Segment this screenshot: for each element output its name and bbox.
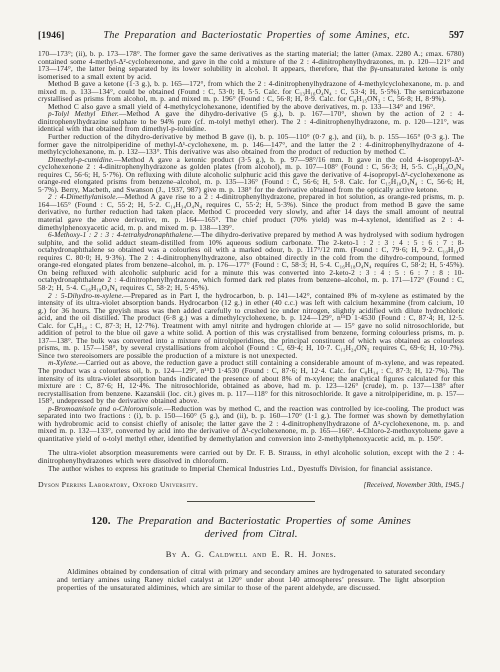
- article-byline: By A. G. Caldwell and E. R. H. Jones.: [38, 549, 464, 559]
- article-abstract: Aldimines obtained by condensation of ci…: [57, 568, 445, 592]
- paragraph-lead: 2 : 5-Dihydro-m-xylene.: [48, 291, 124, 300]
- signoff-row: Dyson Perrins Laboratory, Oxford Univers…: [38, 480, 464, 489]
- paragraph-lead: Dimethyl-p-cumidine.: [48, 155, 114, 164]
- article-title: 120.The Preparation and Bacteriostatic P…: [38, 513, 464, 541]
- running-header: [1946] The Preparation and Bacteriostati…: [38, 30, 464, 41]
- body-paragraph: The author wishes to express his gratitu…: [38, 465, 464, 473]
- body-paragraph: p-Tolyl Methyl Ether.—Method A gave the …: [38, 110, 464, 133]
- article-number: 120.: [91, 515, 110, 527]
- body-paragraph: p-Bromoanisole and o-Chloroanisole.—Redu…: [38, 405, 464, 443]
- body-paragraph: 170—173°; (ii), b. p. 173—178°. The form…: [38, 50, 464, 80]
- body-paragraph: Further reduction of the dihydro-derivat…: [38, 133, 464, 156]
- article-divider-rule: [187, 501, 315, 502]
- paragraph-lead: 6-Methoxy-1 : 2 : 3 : 4-tetrahydronaphth…: [48, 230, 194, 239]
- year-tag: [1946]: [38, 31, 65, 41]
- paragraph-lead: 2 : 4-Dimethylanisole.: [48, 192, 118, 201]
- body-paragraph: The ultra-violet absorption measurements…: [38, 449, 464, 464]
- article-title-line1: The Preparation and Bacteriostatic Prope…: [117, 515, 411, 527]
- paragraph-lead: p-Tolyl Methyl Ether.: [48, 109, 119, 118]
- body-paragraph: 6-Methoxy-1 : 2 : 3 : 4-tetrahydronaphth…: [38, 231, 464, 291]
- article-title-line2: derived from Citral.: [38, 528, 464, 541]
- body-paragraph: 2 : 5-Dihydro-m-xylene.—Prepared as in P…: [38, 292, 464, 360]
- paragraph-lead: p-Bromoanisole and o-Chloroanisole.: [48, 404, 164, 413]
- paragraph-lead: m-Xylene.: [48, 358, 78, 367]
- journal-page: [1946] The Preparation and Bacteriostati…: [0, 0, 500, 592]
- body-paragraph: Method B gave a ketone (1·3 g.), b. p. 1…: [38, 80, 464, 103]
- laboratory-line: Dyson Perrins Laboratory, Oxford Univers…: [38, 480, 198, 489]
- body-paragraph: 2 : 4-Dimethylanisole.—Method A gave ris…: [38, 193, 464, 231]
- body-paragraphs: 170—173°; (ii), b. p. 173—178°. The form…: [38, 50, 464, 472]
- body-paragraph: Dimethyl-p-cumidine.—Method A gave a ket…: [38, 156, 464, 194]
- page-number: 597: [449, 30, 464, 41]
- received-date: [Received, November 30th, 1945.]: [363, 480, 464, 489]
- running-title: The Preparation and Bacteriostatic Prope…: [65, 30, 449, 41]
- body-paragraph: m-Xylene.—Carried out as above, the redu…: [38, 359, 464, 404]
